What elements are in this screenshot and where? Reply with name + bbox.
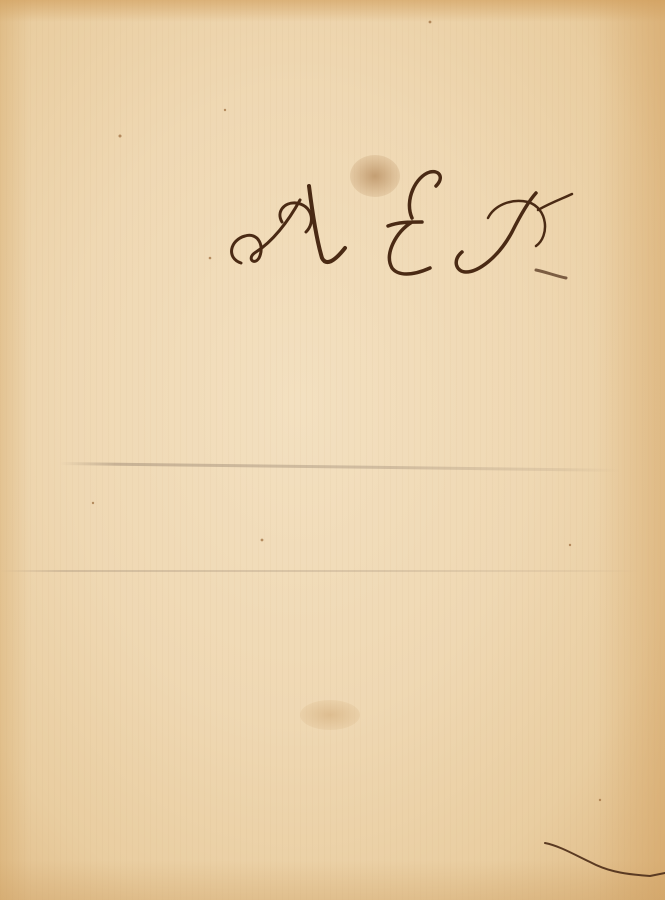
letter-r-first	[232, 200, 300, 263]
paper-page: R E R	[0, 0, 665, 900]
foxing-spots	[92, 21, 601, 802]
letter-r-last	[456, 193, 536, 272]
handwritten-initials	[0, 0, 665, 900]
letter-e-middle	[388, 172, 440, 274]
stray-fiber	[545, 843, 665, 876]
